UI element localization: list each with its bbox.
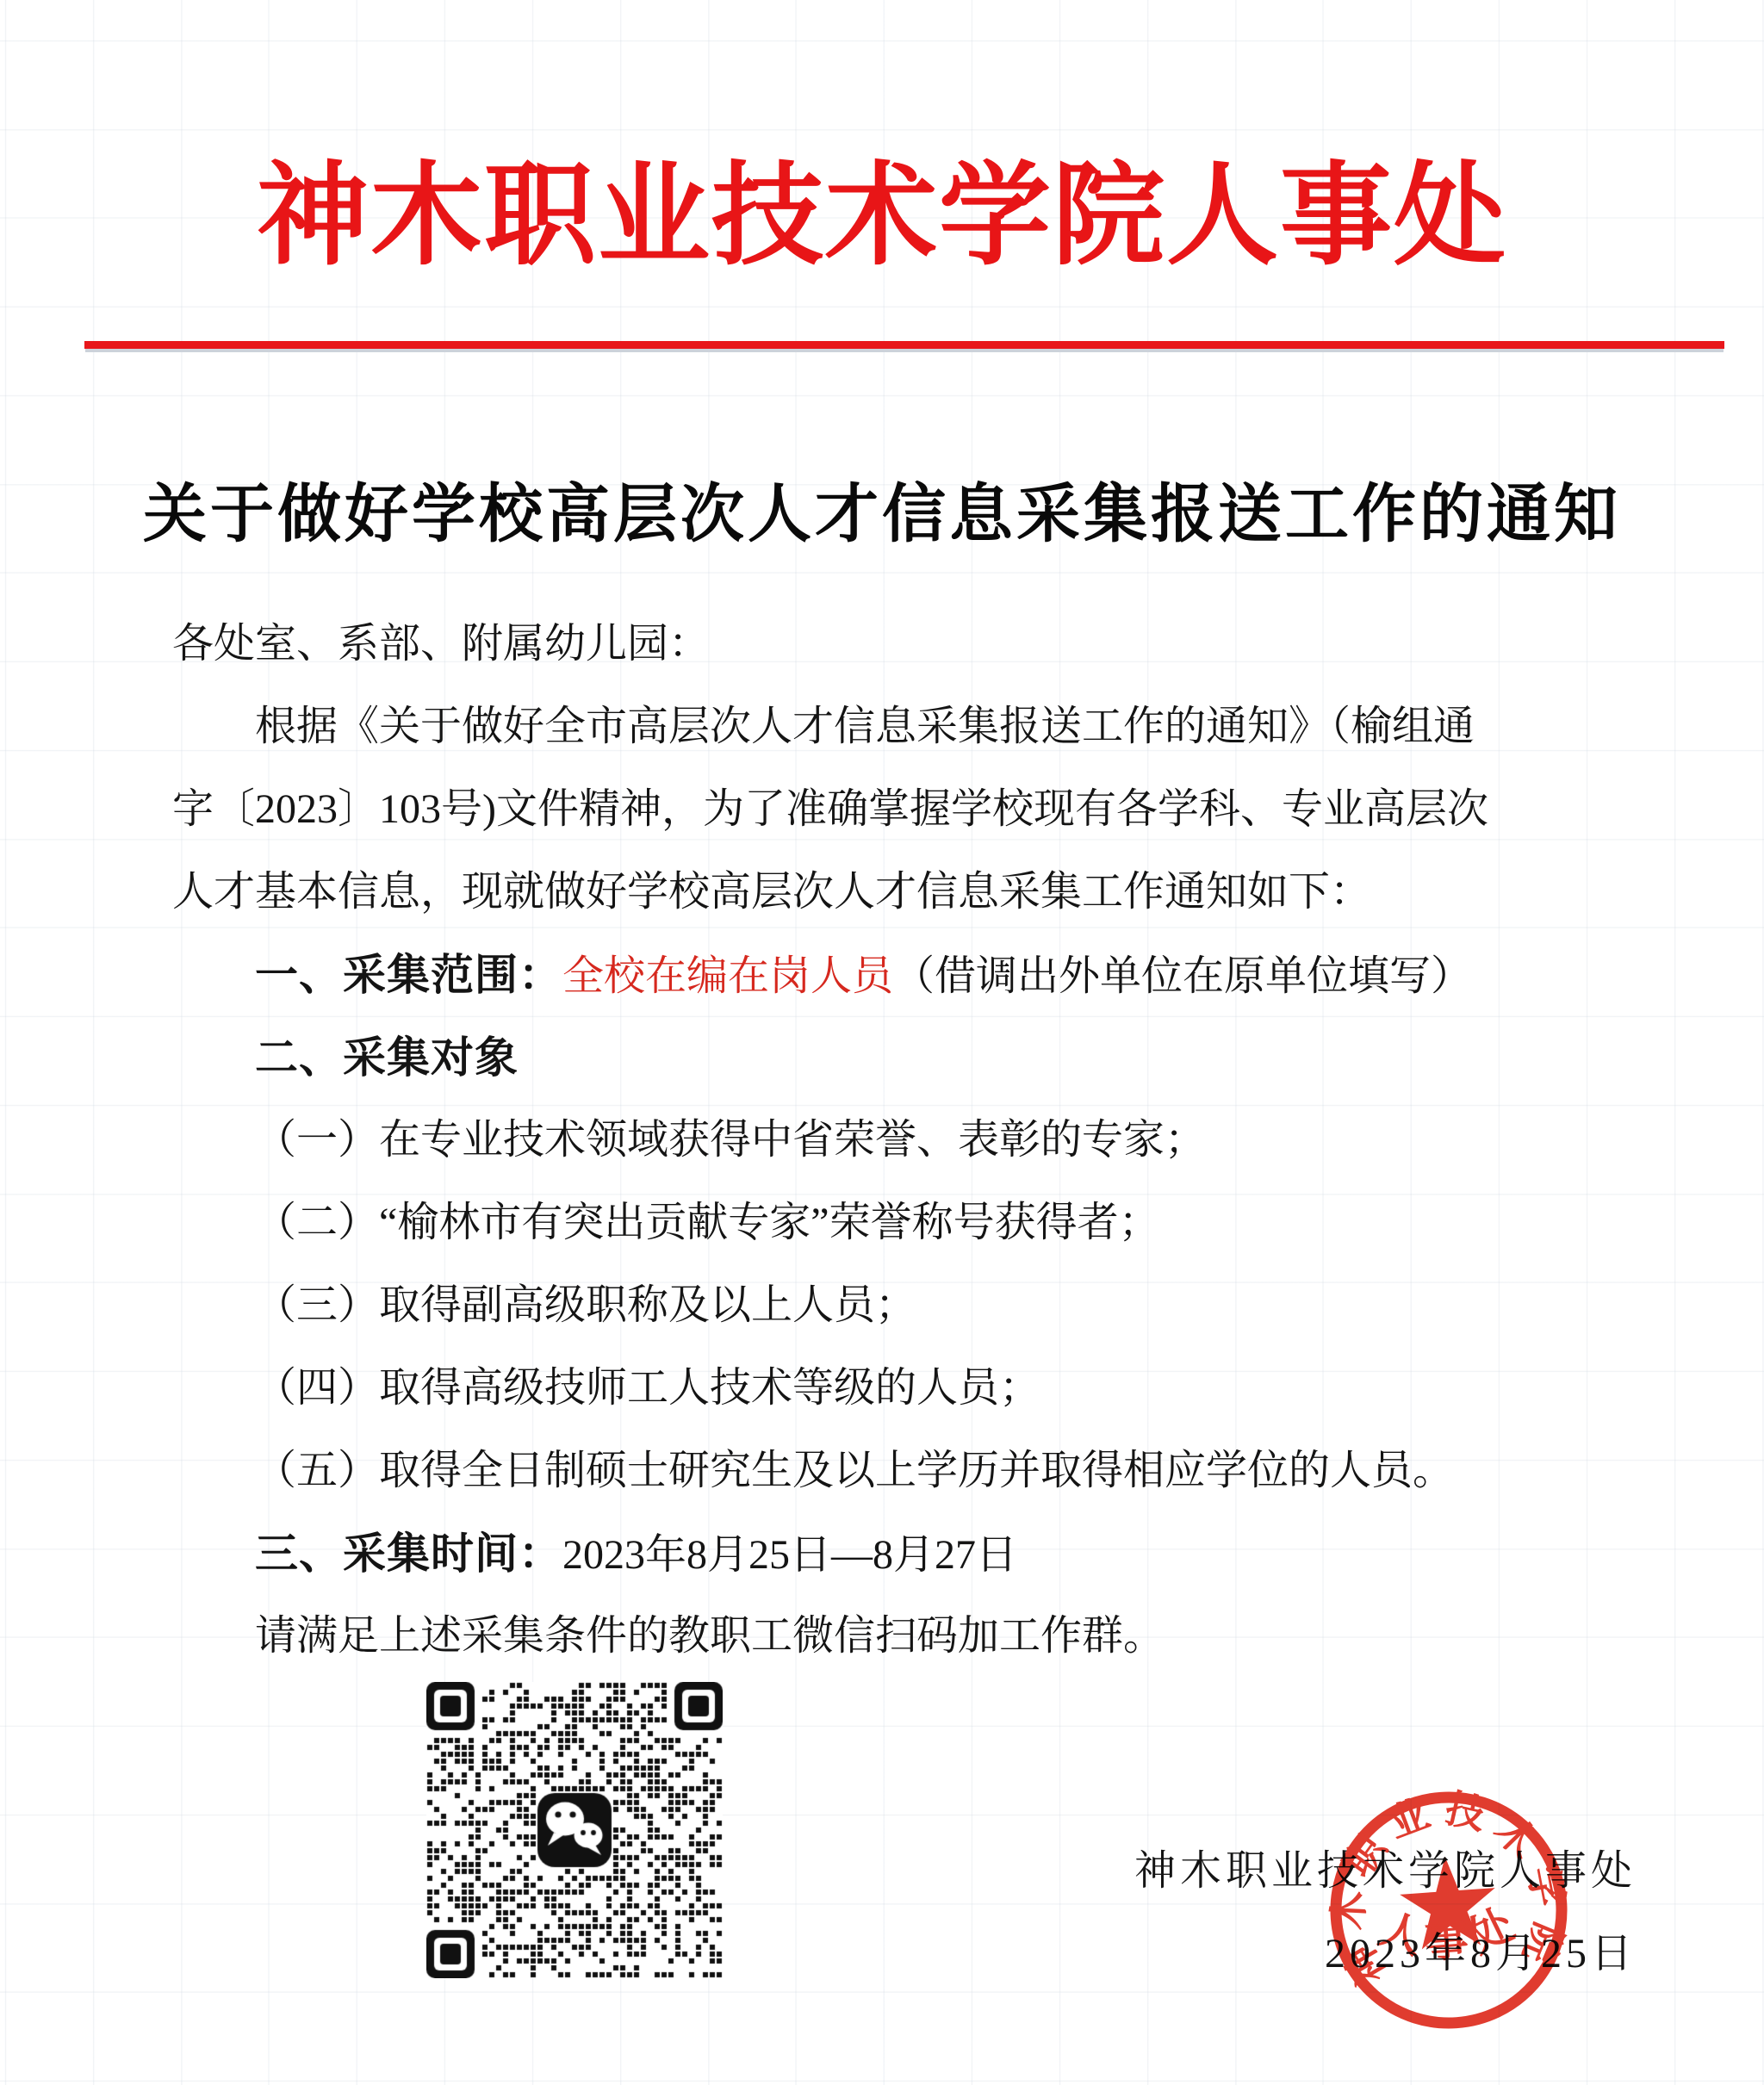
letterhead-divider <box>84 341 1724 349</box>
section-targets: 二、采集对象 <box>172 1016 1628 1099</box>
paragraph-line-2: 字〔2023〕103号)文件精神，为了准确掌握学校现有各学科、专业高层次 <box>172 768 1628 851</box>
paragraph-line-3: 人才基本信息，现就做好学校高层次人才信息采集工作通知如下： <box>172 851 1628 934</box>
target-item-2: （二）“榆林市有突出贡献专家”荣誉称号获得者； <box>172 1182 1628 1264</box>
target-item-4: （四）取得高级技师工人技术等级的人员； <box>172 1347 1628 1430</box>
official-seal: 神木职业技术学院 人事处 <box>1320 1781 1578 2039</box>
wechat-qr-code <box>426 1682 723 1978</box>
section-scope-note: （借调出外单位在原单位填写） <box>893 953 1472 999</box>
section-time-value: 2023年8月25日—8月27日 <box>562 1532 1017 1578</box>
section-scope: 一、采集范围：全校在编在岗人员（借调出外单位在原单位填写） <box>172 934 1628 1016</box>
notice-body: 各处室、系部、附属幼儿园： 根据《关于做好全市高层次人才信息采集报送工作的通知》… <box>172 603 1628 1678</box>
target-item-3: （三）取得副高级职称及以上人员； <box>172 1264 1628 1347</box>
section-time-label: 三、采集时间： <box>255 1530 562 1578</box>
target-item-1: （一）在专业技术领域获得中省荣誉、表彰的专家； <box>172 1099 1628 1182</box>
target-item-5: （五）取得全日制硕士研究生及以上学历并取得相应学位的人员。 <box>172 1430 1628 1512</box>
notice-title: 关于做好学校高层次人才信息采集报送工作的通知 <box>0 472 1764 558</box>
salutation: 各处室、系部、附属幼儿园： <box>172 603 1628 686</box>
closing-line: 请满足上述采集条件的教职工微信扫码加工作群。 <box>172 1595 1628 1678</box>
section-targets-label: 二、采集对象 <box>255 1033 519 1082</box>
section-scope-highlight: 全校在编在岗人员 <box>562 953 893 999</box>
paragraph-line-1: 根据《关于做好全市高层次人才信息采集报送工作的通知》（榆组通 <box>172 686 1628 768</box>
letterhead-title: 神木职业技术学院人事处 <box>0 122 1764 312</box>
notice-page: 神木职业技术学院人事处 关于做好学校高层次人才信息采集报送工作的通知 各处室、系… <box>0 0 1764 2085</box>
section-time: 三、采集时间：2023年8月25日—8月27日 <box>172 1512 1628 1595</box>
section-scope-label: 一、采集范围： <box>255 951 562 999</box>
